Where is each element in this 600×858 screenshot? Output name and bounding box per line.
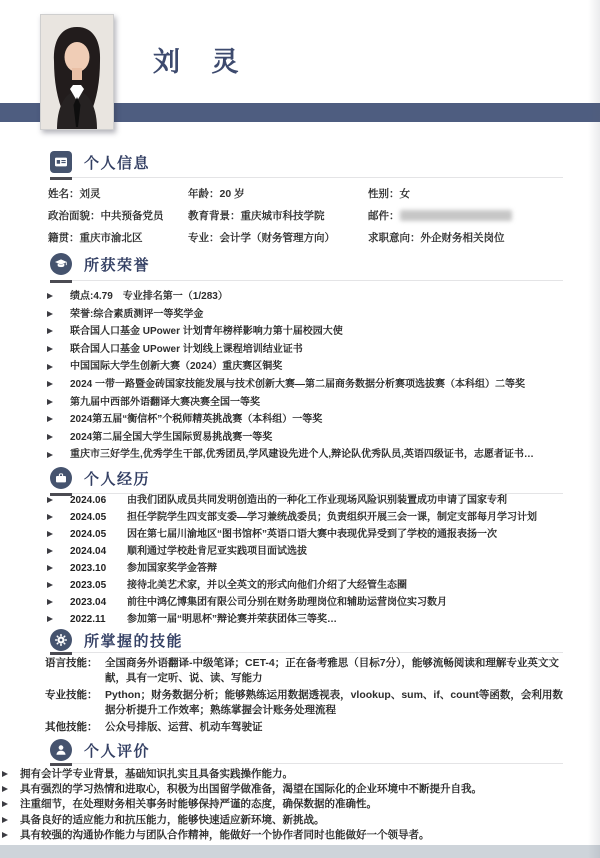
experience-text: 由我们团队成员共同发明创造出的一种化工作业现场风险识别装置成功申请了国家专利 [127,495,507,506]
profile-photo [40,14,114,130]
skill-text: 公众号排版、运营、机动车驾驶证 [105,720,566,735]
section-title-skills: 所掌握的技能 [84,630,183,651]
section-divider [50,652,563,653]
section-divider [50,280,563,281]
skill-text: 全国商务外语翻译-中级笔译；CET-4；正在备考雅思（目标7分），能够流畅阅读和… [105,656,566,685]
skill-entry: 专业技能：Python；财务数据分析；能够熟练运用数据透视表，vlookup、s… [45,688,566,717]
section-divider [50,177,563,178]
bullet-arrow-icon [47,514,53,520]
evaluation-text: 具有较强的沟通协作能力与团队合作精神，能做好一个协作者同时也能做好一个领导者。 [20,829,430,841]
evaluation-item: 具备良好的适应能力和抗压能力，能够快速适应新环境、新挑战。 [2,813,598,828]
bullet-arrow-icon [47,293,53,299]
honor-text: 2024第二届全国大学生国际贸易挑战赛一等奖 [70,432,272,443]
honor-text: 中国国际大学生创新大赛（2024）重庆赛区铜奖 [70,361,282,372]
bullet-arrow-icon [47,531,53,537]
experience-text: 顺利通过学校赴肯尼亚实践项目面试选拔 [127,546,307,557]
experience-item: 2024.05担任学院学生四支部支委—学习兼统战委员；负责组织开展三会一课，制定… [45,509,570,526]
candidate-name: 刘 灵 [153,40,251,79]
experience-item: 2023.05接待北美艺术家，并以全英文的形式向他们介绍了大经管生态圈 [45,577,570,594]
experience-text: 参加第一届“明思杯”辩论赛并荣获团体三等奖… [127,614,337,625]
bullet-arrow-icon [47,311,53,317]
honor-text: 2024第五届“衡信杯”个税师精英挑战赛（本科组）一等奖 [70,414,322,425]
page-bottom-edge [0,845,600,858]
honor-item: 重庆市三好学生,优秀学生干部,优秀团员,学风建设先进个人,辩论队优秀队员,英语四… [45,446,570,464]
experience-date: 2023.10 [70,560,127,577]
honor-text: 重庆市三好学生,优秀学生干部,优秀团员,学风建设先进个人,辩论队优秀队员,英语四… [70,449,534,460]
section-divider [50,763,563,764]
bullet-arrow-icon [47,599,53,605]
section-header-evaluation: 个人评价 [50,739,150,761]
graduation-cap-icon [50,253,72,275]
info-field-gender: 性别：女 [368,187,410,201]
bullet-arrow-icon [47,497,53,503]
info-field-name: 姓名：刘灵 [48,187,101,201]
section-title-evaluation: 个人评价 [84,740,150,761]
info-field-major: 专业：会计学（财务管理方向） [188,231,335,245]
evaluation-text: 具有强烈的学习热情和进取心，积极为出国留学做准备，渴望在国际化的企业环境中不断提… [20,783,482,795]
experience-text: 因在第七届川渝地区“图书馆杯”英语口语大赛中表现优异受到了学校的通报表扬一次 [127,529,497,540]
skills-block: 语言技能：全国商务外语翻译-中级笔译；CET-4；正在备考雅思（目标7分），能够… [45,656,566,738]
experience-date: 2023.05 [70,577,127,594]
info-field-hometown: 籍贯：重庆市渝北区 [48,231,143,245]
info-field-email: 邮件： [368,209,512,223]
evaluation-text: 注重细节，在处理财务相关事务时能够保持严谨的态度，确保数据的准确性。 [20,798,377,810]
honor-item: 2024 一带一路暨金砖国家技能发展与技术创新大赛—第二届商务数据分析赛项选拔赛… [45,376,570,394]
bullet-arrow-icon [2,801,8,807]
bullet-arrow-icon [47,346,53,352]
skill-label: 专业技能： [45,688,105,717]
experience-date: 2024.06 [70,492,127,509]
experience-text: 担任学院学生四支部支委—学习兼统战委员；负责组织开展三会一课，制定支部每月学习计… [127,512,537,523]
gear-icon [50,629,72,651]
bullet-arrow-icon [47,452,53,458]
honor-text: 绩点:4.79 专业排名第一（1/283） [70,291,228,302]
info-field-objective: 求职意向：外企财务相关岗位 [368,231,505,245]
bullet-arrow-icon [47,399,53,405]
evaluation-item: 具有较强的沟通协作能力与团队合作精神，能做好一个协作者同时也能做好一个领导者。 [2,828,598,843]
honor-item: 2024第二届全国大学生国际贸易挑战赛一等奖 [45,429,570,447]
bullet-arrow-icon [47,328,53,334]
bullet-arrow-icon [2,832,8,838]
skill-label: 语言技能： [45,656,105,685]
info-field-politics: 政治面貌：中共预备党员 [48,209,164,223]
honor-item: 第九届中西部外语翻译大赛决赛全国一等奖 [45,394,570,412]
info-field-age: 年龄：20 岁 [188,187,245,201]
experience-item: 2024.06由我们团队成员共同发明创造出的一种化工作业现场风险识别装置成功申请… [45,492,570,509]
bullet-arrow-icon [47,565,53,571]
section-header-skills: 所掌握的技能 [50,629,183,651]
bullet-arrow-icon [2,771,8,777]
redacted-email-value [400,210,512,221]
experience-date: 2024.05 [70,526,127,543]
honor-item: 联合国人口基金 UPower 计划线上课程培训结业证书 [45,341,570,359]
experience-item: 2022.11参加第一届“明思杯”辩论赛并荣获团体三等奖… [45,611,570,628]
email-label: 邮件： [368,210,400,222]
evaluation-text: 拥有会计学专业背景，基础知识扎实且具备实践操作能力。 [20,768,293,780]
experience-text: 前往中鸿亿博集团有限公司分别在财务助理岗位和辅助运营岗位实习数月 [127,597,447,608]
bullet-arrow-icon [47,582,53,588]
honor-text: 联合国人口基金 UPower 计划青年榜样影响力第十届校园大使 [70,326,343,337]
portrait-illustration [41,15,113,129]
experience-item: 2023.10参加国家奖学金答辩 [45,560,570,577]
experience-date: 2023.04 [70,594,127,611]
bullet-arrow-icon [2,786,8,792]
experience-date: 2024.04 [70,543,127,560]
skill-label: 其他技能： [45,720,105,735]
bullet-arrow-icon [47,364,53,370]
honor-item: 联合国人口基金 UPower 计划青年榜样影响力第十届校园大使 [45,323,570,341]
person-icon [50,739,72,761]
section-title-experience: 个人经历 [84,468,150,489]
honor-text: 2024 一带一路暨金砖国家技能发展与技术创新大赛—第二届商务数据分析赛项选拔赛… [70,379,525,390]
experience-date: 2024.05 [70,509,127,526]
bullet-arrow-icon [47,616,53,622]
briefcase-icon [50,467,72,489]
honor-text: 联合国人口基金 UPower 计划线上课程培训结业证书 [70,344,303,355]
resume-page: 刘 灵 个人信息 姓名：刘灵 年龄：20 岁 性别：女 政治面貌：中共预备党员 … [0,0,600,858]
experience-item: 2023.04前往中鸿亿博集团有限公司分别在财务助理岗位和辅助运营岗位实习数月 [45,594,570,611]
section-header-experience: 个人经历 [50,467,150,489]
honors-list: 绩点:4.79 专业排名第一（1/283） 荣誉:综合素质测评一等奖学金 联合国… [45,288,570,464]
section-header-personal-info: 个人信息 [50,151,150,173]
experience-item: 2024.05因在第七届川渝地区“图书馆杯”英语口语大赛中表现优异受到了学校的通… [45,526,570,543]
experience-list: 2024.06由我们团队成员共同发明创造出的一种化工作业现场风险识别装置成功申请… [45,492,570,628]
skill-entry: 其他技能：公众号排版、运营、机动车驾驶证 [45,720,566,735]
info-field-education: 教育背景：重庆城市科技学院 [188,209,325,223]
page-right-shadow [588,0,600,858]
honor-text: 第九届中西部外语翻译大赛决赛全国一等奖 [70,397,260,408]
evaluation-text: 具备良好的适应能力和抗压能力，能够快速适应新环境、新挑战。 [20,814,325,826]
evaluation-list: 拥有会计学专业背景，基础知识扎实且具备实践操作能力。 具有强烈的学习热情和进取心… [2,767,598,843]
bullet-arrow-icon [47,416,53,422]
honor-item: 荣誉:综合素质测评一等奖学金 [45,306,570,324]
honor-item: 2024第五届“衡信杯”个税师精英挑战赛（本科组）一等奖 [45,411,570,429]
bullet-arrow-icon [2,817,8,823]
evaluation-item: 具有强烈的学习热情和进取心，积极为出国留学做准备，渴望在国际化的企业环境中不断提… [2,782,598,797]
skill-entry: 语言技能：全国商务外语翻译-中级笔译；CET-4；正在备考雅思（目标7分），能够… [45,656,566,685]
bullet-arrow-icon [47,434,53,440]
experience-date: 2022.11 [70,611,127,628]
honor-item: 中国国际大学生创新大赛（2024）重庆赛区铜奖 [45,358,570,376]
experience-item: 2024.04顺利通过学校赴肯尼亚实践项目面试选拔 [45,543,570,560]
id-card-icon [50,151,72,173]
section-title-personal-info: 个人信息 [84,152,150,173]
evaluation-item: 拥有会计学专业背景，基础知识扎实且具备实践操作能力。 [2,767,598,782]
evaluation-item: 注重细节，在处理财务相关事务时能够保持严谨的态度，确保数据的准确性。 [2,797,598,812]
experience-text: 参加国家奖学金答辩 [127,563,217,574]
honor-item: 绩点:4.79 专业排名第一（1/283） [45,288,570,306]
section-title-honors: 所获荣誉 [84,254,150,275]
skill-text: Python；财务数据分析；能够熟练运用数据透视表，vlookup、sum、if… [105,688,566,717]
bullet-arrow-icon [47,548,53,554]
honor-text: 荣誉:综合素质测评一等奖学金 [70,309,203,320]
experience-text: 接待北美艺术家，并以全英文的形式向他们介绍了大经管生态圈 [127,580,407,591]
bullet-arrow-icon [47,381,53,387]
section-header-honors: 所获荣誉 [50,253,150,275]
